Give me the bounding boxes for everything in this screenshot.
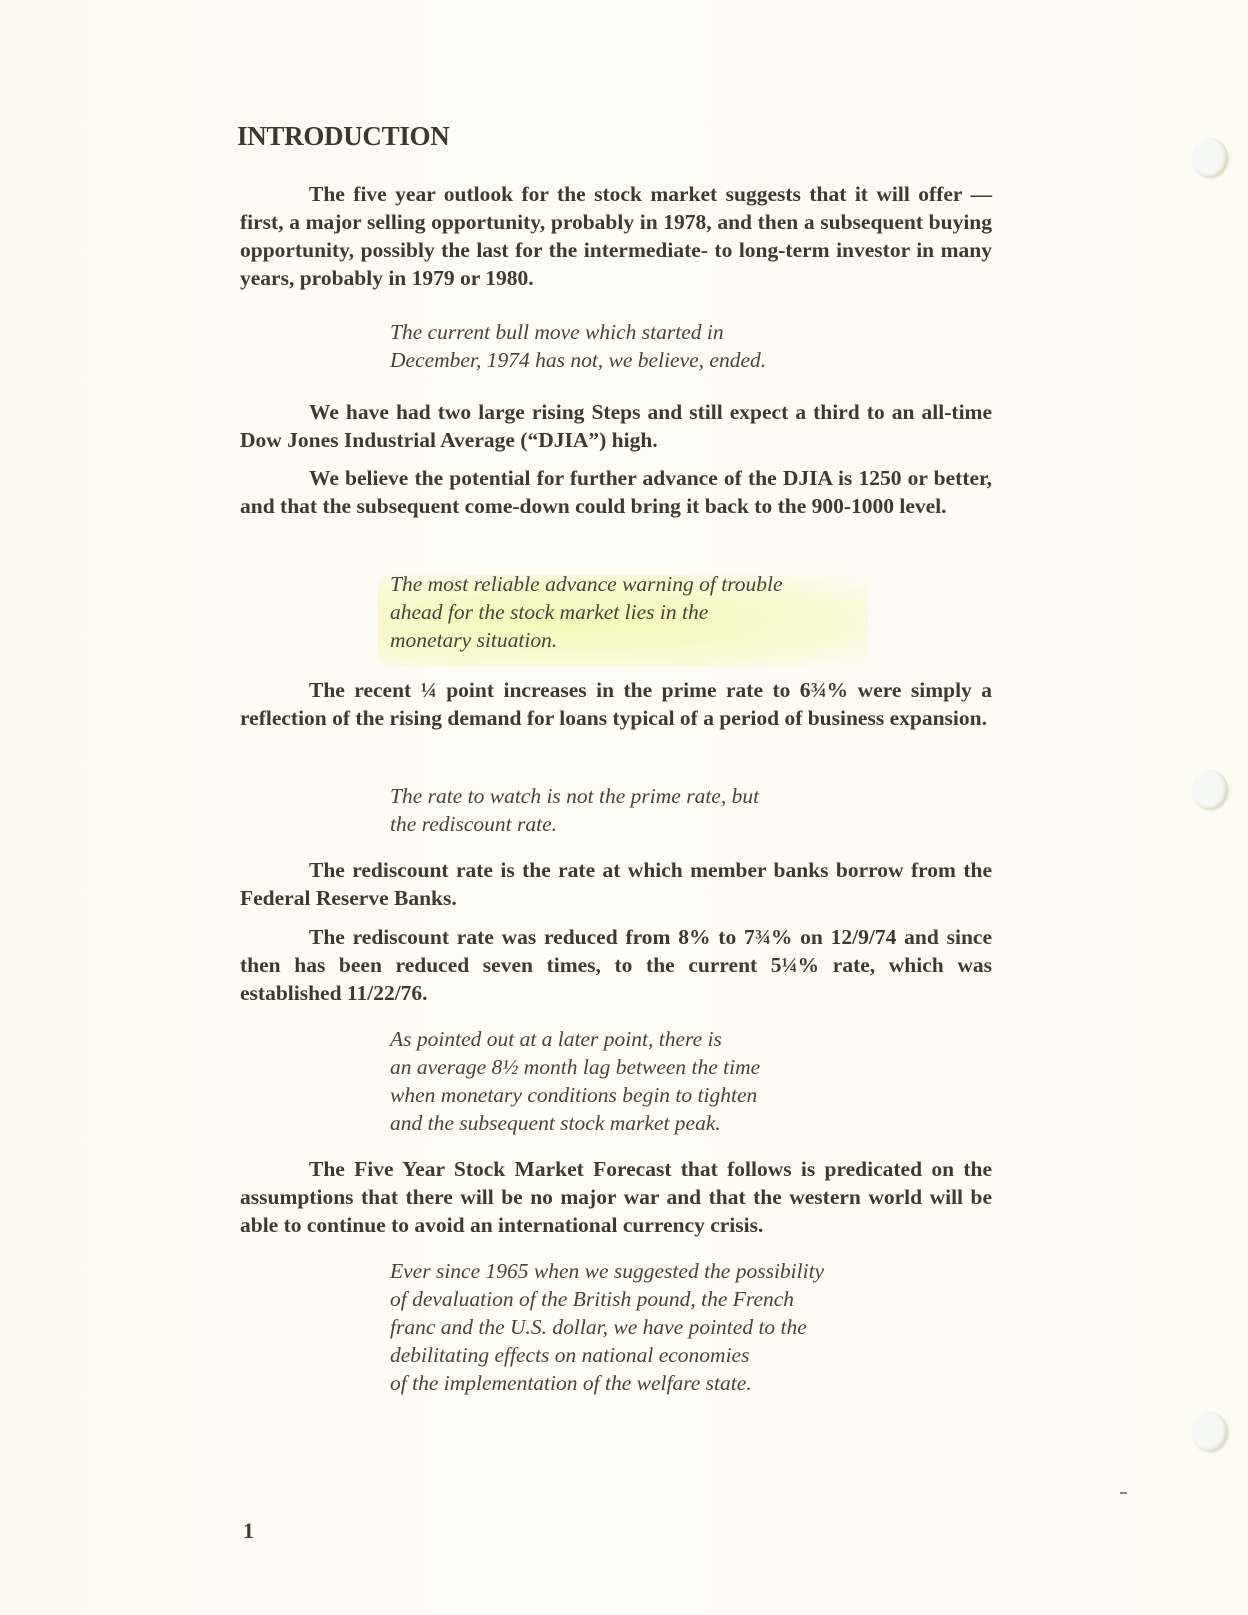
paragraph-djia-potential: We believe the potential for further adv…: [240, 464, 992, 520]
quote-line: the rediscount rate.: [390, 810, 759, 838]
pull-quote-lag: As pointed out at a later point, there i…: [390, 1025, 760, 1137]
quote-line: The rate to watch is not the prime rate,…: [390, 782, 759, 810]
pull-quote-monetary-warning: The most reliable advance warning of tro…: [390, 570, 783, 654]
page-number: 1: [243, 1518, 254, 1544]
quote-line: franc and the U.S. dollar, we have point…: [390, 1313, 824, 1341]
scanned-page: INTRODUCTION The five year outlook for t…: [0, 0, 1248, 1615]
quote-line: monetary situation.: [390, 626, 783, 654]
quote-line: The most reliable advance warning of tro…: [390, 570, 783, 598]
quote-line: when monetary conditions begin to tighte…: [390, 1081, 760, 1109]
page-title: INTRODUCTION: [237, 121, 449, 152]
quote-line: of devaluation of the British pound, the…: [390, 1285, 824, 1313]
pull-quote-welfare-state: Ever since 1965 when we suggested the po…: [390, 1257, 824, 1397]
quote-line: The current bull move which started in: [390, 318, 766, 346]
quote-line: December, 1974 has not, we believe, ende…: [390, 346, 766, 374]
quote-line: As pointed out at a later point, there i…: [390, 1025, 760, 1053]
quote-line: of the implementation of the welfare sta…: [390, 1369, 824, 1397]
pull-quote-rate-to-watch: The rate to watch is not the prime rate,…: [390, 782, 759, 838]
binder-hole-top: [1192, 138, 1228, 178]
quote-line: Ever since 1965 when we suggested the po…: [390, 1257, 824, 1285]
quote-line: ahead for the stock market lies in the: [390, 598, 783, 626]
quote-line: an average 8½ month lag between the time: [390, 1053, 760, 1081]
quote-line: and the subsequent stock market peak.: [390, 1109, 760, 1137]
paragraph-prime-rate: The recent ¼ point increases in the prim…: [240, 676, 992, 732]
paragraph-rising-steps: We have had two large rising Steps and s…: [240, 398, 992, 454]
pull-quote-bull-move: The current bull move which started in D…: [390, 318, 766, 374]
paragraph-forecast-assumptions: The Five Year Stock Market Forecast that…: [240, 1155, 992, 1239]
scan-speck: [1120, 1492, 1127, 1494]
paragraph-rediscount-definition: The rediscount rate is the rate at which…: [240, 856, 992, 912]
quote-line: debilitating effects on national economi…: [390, 1341, 824, 1369]
paragraph-rediscount-history: The rediscount rate was reduced from 8% …: [240, 923, 992, 1007]
binder-hole-bottom: [1192, 1412, 1228, 1452]
binder-hole-middle: [1192, 770, 1228, 810]
paragraph-outlook: The five year outlook for the stock mark…: [240, 180, 992, 292]
